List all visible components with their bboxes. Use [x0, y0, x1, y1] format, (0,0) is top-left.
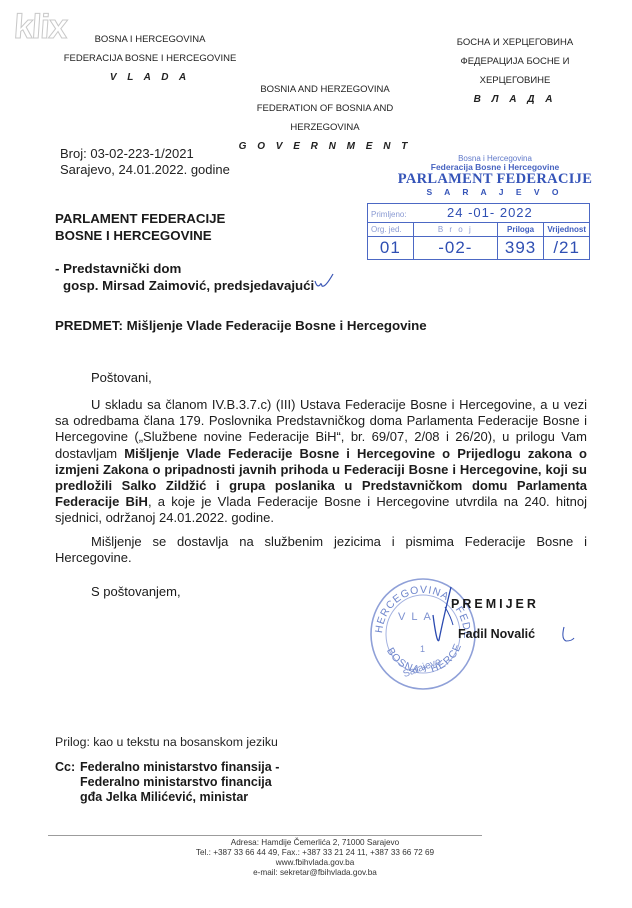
subject-line: PREDMET: Mišljenje Vlade Federacije Bosn… [55, 318, 427, 333]
cc-label: Cc: [55, 760, 80, 805]
letterhead-line: BOSNIA AND HERZEGOVINA [230, 80, 420, 99]
stamp-value-org: 01 [368, 237, 414, 260]
stamp-value-vrijednost: /21 [544, 237, 590, 260]
cc-line: Federalno ministarstvo financija [80, 775, 279, 790]
stamp-header-org: Org. jed. [368, 223, 414, 237]
stamp-city: S A R A J E V O [390, 187, 600, 197]
signature-icon [425, 585, 455, 645]
stamp-header-broj: B r o j [413, 223, 497, 237]
addressee-line: PARLAMENT FEDERACIJE [55, 210, 225, 227]
received-date: 24 -01- 2022 [447, 205, 533, 220]
addressee-line: BOSNE I HERCEGOVINE [55, 227, 225, 244]
place-date: Sarajevo, 24.01.2022. godine [60, 162, 230, 178]
letterhead-government: G O V E R N M E N T [230, 137, 420, 156]
reference-block: Broj: 03-02-223-1/2021 Sarajevo, 24.01.2… [60, 146, 230, 178]
footer-website-link[interactable]: www.fbihvlada.gov.ba [150, 858, 480, 868]
stamp-value-broj: -02- [413, 237, 497, 260]
stamp-title: PARLAMENT FEDERACIJE [390, 172, 600, 187]
letterhead-government: В Л А Д А [430, 90, 600, 109]
letterhead-line: FEDERATION OF BOSNIA AND HERZEGOVINA [230, 99, 420, 137]
received-stamp-header: Bosna i Hercegovina Federacija Bosne i H… [390, 155, 600, 197]
footer-divider [48, 835, 482, 836]
letterhead-line: FEDERACIJA BOSNE I HERCEGOVINE [60, 49, 240, 68]
stamp-value-priloga: 393 [497, 237, 543, 260]
letterhead-line: BOSNA I HERCEGOVINA [60, 30, 240, 49]
attachment-note: Prilog: kao u tekstu na bosanskom jeziku [55, 735, 278, 749]
received-label: Primljeno: [371, 210, 407, 219]
letterhead-line: ФЕДЕРАЦИЈА БОСНЕ И ХЕРЦЕГОВИНЕ [430, 52, 600, 90]
svg-text:1: 1 [420, 644, 425, 654]
checkmark-icon [313, 272, 335, 290]
received-stamp-table: Primljeno: 24 -01- 2022 Org. jed. B r o … [367, 203, 590, 260]
addressee-person: gosp. Mirsad Zaimović, predsjedavajući [55, 277, 314, 294]
footer-contact: Adresa: Hamdije Čemerlića 2, 71000 Saraj… [150, 838, 480, 878]
signature-mark-icon [560, 625, 576, 645]
footer-phones: Tel.: +387 33 66 44 49, Fax.: +387 33 21… [150, 848, 480, 858]
letterhead-line: БОСНА И ХЕРЦЕГОВИНА [430, 33, 600, 52]
footer-email-link[interactable]: e-mail: sekretar@fbihvlada.gov.ba [150, 868, 480, 878]
letterhead-cyrillic: БОСНА И ХЕРЦЕГОВИНА ФЕДЕРАЦИЈА БОСНЕ И Х… [430, 33, 600, 109]
svg-text:Sarajevo: Sarajevo [402, 656, 443, 680]
cc-line: gđa Jelka Milićević, ministar [80, 790, 279, 805]
stamp-header-vrijednost: Vrijednost [544, 223, 590, 237]
closing: S poštovanjem, [91, 584, 181, 599]
body-paragraph-1: U skladu sa članom IV.B.3.7.c) (III) Ust… [55, 397, 587, 527]
addressee: PARLAMENT FEDERACIJE BOSNE I HERCEGOVINE [55, 210, 225, 244]
addressee-recipient: - Predstavnički dom gosp. Mirsad Zaimovi… [55, 260, 314, 294]
stamp-header-priloga: Priloga [497, 223, 543, 237]
body-paragraph-2: Mišljenje se dostavlja na službenim jezi… [55, 534, 587, 566]
letterhead-english: BOSNIA AND HERZEGOVINA FEDERATION OF BOS… [230, 80, 420, 156]
addressee-house: - Predstavnički dom [55, 260, 314, 277]
signatory-title: PREMIJER [451, 597, 539, 611]
cc-line: Federalno ministarstvo finansija - [80, 760, 279, 775]
letterhead-government: V L A D A [60, 68, 240, 87]
cc-block: Cc: Federalno ministarstvo finansija - F… [55, 760, 279, 805]
reference-number: Broj: 03-02-223-1/2021 [60, 146, 230, 162]
greeting: Poštovani, [91, 370, 152, 385]
signatory-name: Fadil Novalić [458, 627, 535, 641]
footer-address: Adresa: Hamdije Čemerlića 2, 71000 Saraj… [150, 838, 480, 848]
letterhead-latin: BOSNA I HERCEGOVINA FEDERACIJA BOSNE I H… [60, 30, 240, 87]
